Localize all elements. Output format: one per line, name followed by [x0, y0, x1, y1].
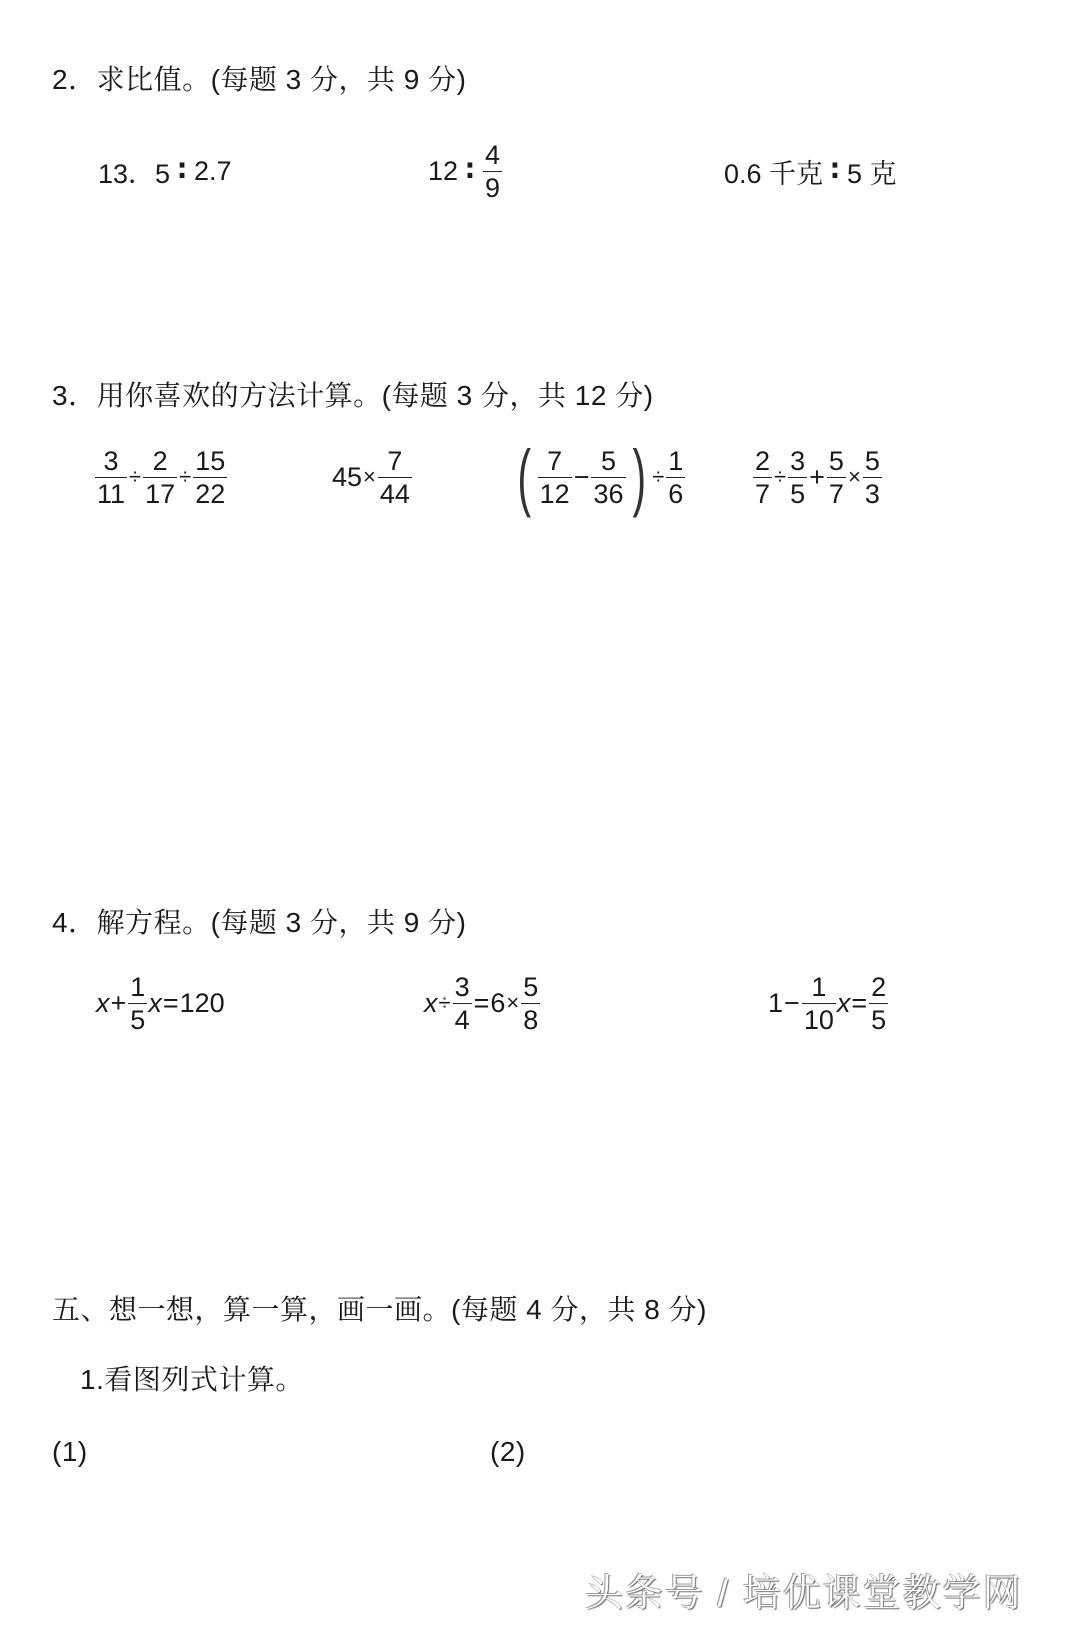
numerator: 5 — [599, 446, 618, 476]
fraction: 1 6 — [666, 446, 685, 509]
denominator: 11 — [95, 479, 127, 509]
calc-problem-2: 45 × 7 44 — [332, 440, 413, 514]
ratio-left: 13．5 — [98, 152, 170, 191]
fraction: 5 36 — [591, 446, 625, 509]
fraction-bar — [863, 477, 882, 478]
fraction-bar — [128, 1003, 147, 1004]
equation-1: x + 1 5 x = 120 — [96, 966, 225, 1040]
divide-sign: ÷ — [773, 464, 787, 490]
right-hand-side: 120 — [180, 988, 225, 1019]
variable-x: x — [148, 988, 162, 1019]
denominator: 5 — [788, 479, 807, 509]
numerator: 2 — [869, 972, 888, 1002]
fraction: 7 12 — [538, 446, 572, 509]
plus-sign: + — [110, 988, 128, 1019]
calc-problem-4: 2 7 ÷ 3 5 + 5 7 × 5 3 — [752, 440, 883, 514]
multiply-sign: × — [362, 464, 377, 490]
fraction: 2 5 — [869, 972, 888, 1035]
fraction-bar — [827, 477, 846, 478]
minus-sign: − — [573, 462, 591, 493]
section-2-heading: 2．求比值。(每题 3 分，共 9 分) — [52, 62, 466, 98]
fraction-bar — [521, 1003, 540, 1004]
denominator: 9 — [483, 173, 502, 203]
numerator: 7 — [385, 446, 404, 476]
fraction-bar — [538, 477, 572, 478]
ratio-colon: ∶ — [458, 156, 482, 187]
equals-sign: = — [850, 988, 868, 1019]
numerator: 1 — [128, 972, 147, 1002]
part-2-label: (2) — [490, 1434, 526, 1470]
fraction: 7 44 — [378, 446, 412, 509]
ratio-right: 5 克 — [847, 152, 897, 191]
fraction-bar — [788, 477, 807, 478]
fraction: 1 10 — [802, 972, 836, 1035]
section-5-subheading: 1.看图列式计算。 — [80, 1362, 304, 1398]
fraction: 4 9 — [483, 140, 502, 203]
fraction-bar — [193, 477, 227, 478]
equals-sign: = — [473, 988, 491, 1019]
numerator: 1 — [809, 972, 828, 1002]
numerator: 5 — [521, 972, 540, 1002]
calc-problem-3: ( 7 12 − 5 36 ) ÷ 1 6 — [512, 436, 686, 518]
part-1-label: (1) — [52, 1434, 88, 1470]
numerator: 7 — [545, 446, 564, 476]
numerator: 5 — [863, 446, 882, 476]
divide-sign: ÷ — [128, 464, 142, 490]
denominator: 36 — [591, 479, 625, 509]
denominator: 6 — [666, 479, 685, 509]
numerator: 3 — [102, 446, 121, 476]
denominator: 22 — [193, 479, 227, 509]
fraction-bar — [453, 1003, 472, 1004]
plus-sign: + — [808, 462, 826, 493]
numerator: 4 — [483, 140, 502, 170]
multiply-sign: × — [847, 464, 862, 490]
watermark: 头条号 / 培优课堂教学网 — [585, 1562, 1023, 1617]
fraction: 2 17 — [143, 446, 177, 509]
calc-problem-1: 3 11 ÷ 2 17 ÷ 15 22 — [94, 440, 228, 514]
fraction: 5 7 — [827, 446, 846, 509]
fraction-bar — [378, 477, 412, 478]
fraction-bar — [591, 477, 625, 478]
section-4-heading: 4．解方程。(每题 3 分，共 9 分) — [52, 905, 466, 941]
ratio-left: 0.6 千克 — [724, 152, 823, 191]
ratio-problem-2: 12 ∶ 4 9 — [428, 134, 503, 208]
denominator: 7 — [753, 479, 772, 509]
fraction: 2 7 — [753, 446, 772, 509]
divide-sign: ÷ — [651, 464, 665, 490]
denominator: 4 — [453, 1005, 472, 1035]
numerator: 1 — [666, 446, 685, 476]
fraction-bar — [483, 171, 502, 172]
fraction-bar — [95, 477, 127, 478]
equals-sign: = — [162, 988, 180, 1019]
minus-sign: − — [783, 988, 801, 1019]
ratio-left: 12 — [428, 156, 458, 187]
numerator: 5 — [827, 446, 846, 476]
whole-number: 6 — [490, 988, 505, 1019]
denominator: 5 — [869, 1005, 888, 1035]
right-paren: ) — [632, 440, 646, 514]
divide-sign: ÷ — [178, 464, 192, 490]
whole-number: 1 — [768, 988, 783, 1019]
denominator: 7 — [827, 479, 846, 509]
fraction: 5 8 — [521, 972, 540, 1035]
denominator: 8 — [521, 1005, 540, 1035]
fraction: 5 3 — [863, 446, 882, 509]
fraction-bar — [666, 477, 685, 478]
fraction-bar — [869, 1003, 888, 1004]
numerator: 3 — [788, 446, 807, 476]
multiply-sign: × — [505, 990, 520, 1016]
denominator: 3 — [863, 479, 882, 509]
denominator: 17 — [143, 479, 177, 509]
section-5-heading: 五、想一想，算一算，画一画。(每题 4 分，共 8 分) — [52, 1292, 707, 1328]
fraction: 15 22 — [193, 446, 227, 509]
section-3-heading: 3．用你喜欢的方法计算。(每题 3 分，共 12 分) — [52, 378, 654, 414]
ratio-right: 2.7 — [194, 156, 232, 187]
numerator: 2 — [753, 446, 772, 476]
fraction: 3 11 — [95, 446, 127, 509]
equation-3: 1 − 1 10 x = 2 5 — [768, 966, 889, 1040]
fraction: 3 5 — [788, 446, 807, 509]
ratio-problem-3: 0.6 千克 ∶ 5 克 — [724, 146, 897, 196]
numerator: 15 — [193, 446, 227, 476]
fraction-bar — [802, 1003, 836, 1004]
denominator: 5 — [128, 1005, 147, 1035]
whole-number: 45 — [332, 462, 362, 493]
numerator: 2 — [151, 446, 170, 476]
denominator: 44 — [378, 479, 412, 509]
ratio-problem-1: 13．5 ∶ 2.7 — [98, 146, 232, 196]
variable-x: x — [837, 988, 851, 1019]
left-paren: ( — [518, 440, 532, 514]
fraction-bar — [753, 477, 772, 478]
divide-sign: ÷ — [438, 990, 452, 1016]
ratio-colon: ∶ — [823, 156, 847, 187]
fraction-bar — [143, 477, 177, 478]
equation-2: x ÷ 3 4 = 6 × 5 8 — [424, 966, 541, 1040]
variable-x: x — [424, 988, 438, 1019]
variable-x: x — [96, 988, 110, 1019]
ratio-colon: ∶ — [170, 156, 194, 187]
fraction: 1 5 — [128, 972, 147, 1035]
denominator: 10 — [802, 1005, 836, 1035]
denominator: 12 — [538, 479, 572, 509]
fraction: 3 4 — [453, 972, 472, 1035]
numerator: 3 — [453, 972, 472, 1002]
